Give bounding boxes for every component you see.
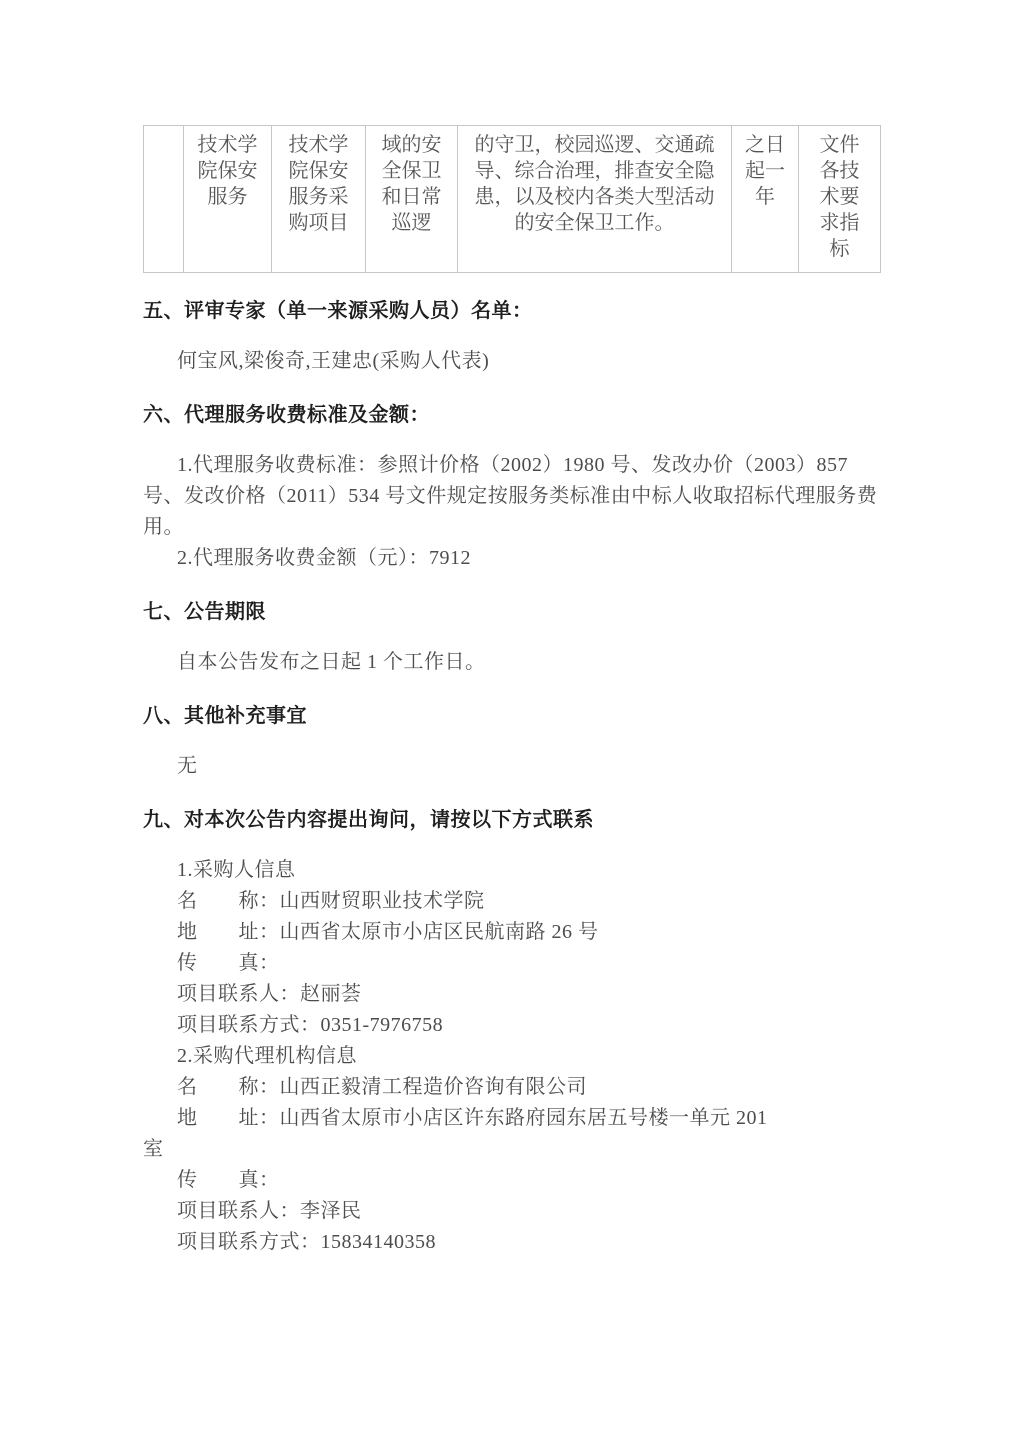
agency-name: 名 称：山西正毅清工程造价咨询有限公司	[143, 1072, 880, 1103]
document-content: 技术学院保安服务 技术学院保安服务采购项目 域的安全保卫和日常巡逻 的守卫，校园…	[143, 125, 880, 1258]
section-heading-other-matters: 八、其他补充事宜	[143, 702, 880, 731]
agency-info-title: 2.采购代理机构信息	[143, 1041, 880, 1072]
purchaser-fax: 传 真：	[143, 948, 880, 979]
section-experts: 五、评审专家（单一来源采购人员）名单： 何宝风,梁俊奇,王建忠(采购人代表)	[143, 297, 880, 377]
section-other-matters: 八、其他补充事宜 无	[143, 702, 880, 782]
purchaser-contact-person: 项目联系人：赵丽荟	[143, 979, 880, 1010]
table-cell-service-description-fragment: 的守卫，校园巡逻、交通疏导、综合治理，排查安全隐患，以及校内各类大型活动的安全保…	[458, 126, 732, 273]
section-agency-fee: 六、代理服务收费标准及金额： 1.代理服务收费标准：参照计价格（2002）198…	[143, 401, 880, 574]
agency-address: 地 址：山西省太原市小店区许东路府园东居五号楼一单元 201室	[143, 1103, 880, 1165]
experts-names: 何宝风,梁俊奇,王建忠(采购人代表)	[143, 346, 880, 377]
procurement-table-continuation: 技术学院保安服务 技术学院保安服务采购项目 域的安全保卫和日常巡逻 的守卫，校园…	[143, 125, 881, 273]
section-heading-announcement-period: 七、公告期限	[143, 598, 880, 627]
section-heading-contact: 九、对本次公告内容提出询问，请按以下方式联系	[143, 806, 880, 835]
section-heading-agency-fee: 六、代理服务收费标准及金额：	[143, 401, 880, 430]
agency-contact-person: 项目联系人：李泽民	[143, 1196, 880, 1227]
agency-fee-standard: 1.代理服务收费标准：参照计价格（2002）1980 号、发改办价（2003）8…	[143, 450, 880, 543]
section-heading-experts: 五、评审专家（单一来源采购人员）名单：	[143, 297, 880, 326]
section-announcement-period: 七、公告期限 自本公告发布之日起 1 个工作日。	[143, 598, 880, 678]
announcement-period-content: 自本公告发布之日起 1 个工作日。	[143, 647, 880, 678]
table-cell-duration-fragment: 之日起一年	[732, 126, 799, 273]
agency-fee-amount: 2.代理服务收费金额（元）：7912	[143, 543, 880, 574]
purchaser-contact-phone: 项目联系方式：0351-7976758	[143, 1010, 880, 1041]
agency-contact-phone: 项目联系方式：15834140358	[143, 1227, 880, 1258]
purchaser-name: 名 称：山西财贸职业技术学院	[143, 886, 880, 917]
table-cell-item-name-fragment: 技术学院保安服务	[184, 126, 272, 273]
agency-fax: 传 真：	[143, 1165, 880, 1196]
purchaser-info-title: 1.采购人信息	[143, 855, 880, 886]
agency-address-line2: 室	[143, 1138, 164, 1160]
agency-address-line1: 地 址：山西省太原市小店区许东路府园东居五号楼一单元 201	[177, 1107, 768, 1129]
purchaser-address: 地 址：山西省太原市小店区民航南路 26 号	[143, 917, 880, 948]
table-cell-empty	[144, 126, 184, 273]
document-page: 技术学院保安服务 技术学院保安服务采购项目 域的安全保卫和日常巡逻 的守卫，校园…	[0, 0, 1024, 1448]
other-matters-content: 无	[143, 751, 880, 782]
table-cell-service-scope-fragment: 域的安全保卫和日常巡逻	[366, 126, 458, 273]
table-cell-technical-requirements-fragment: 文件各技术要求指标	[799, 126, 881, 273]
table-row: 技术学院保安服务 技术学院保安服务采购项目 域的安全保卫和日常巡逻 的守卫，校园…	[144, 126, 881, 273]
section-contact: 九、对本次公告内容提出询问，请按以下方式联系 1.采购人信息 名 称：山西财贸职…	[143, 806, 880, 1258]
table-cell-project-name-fragment: 技术学院保安服务采购项目	[272, 126, 366, 273]
